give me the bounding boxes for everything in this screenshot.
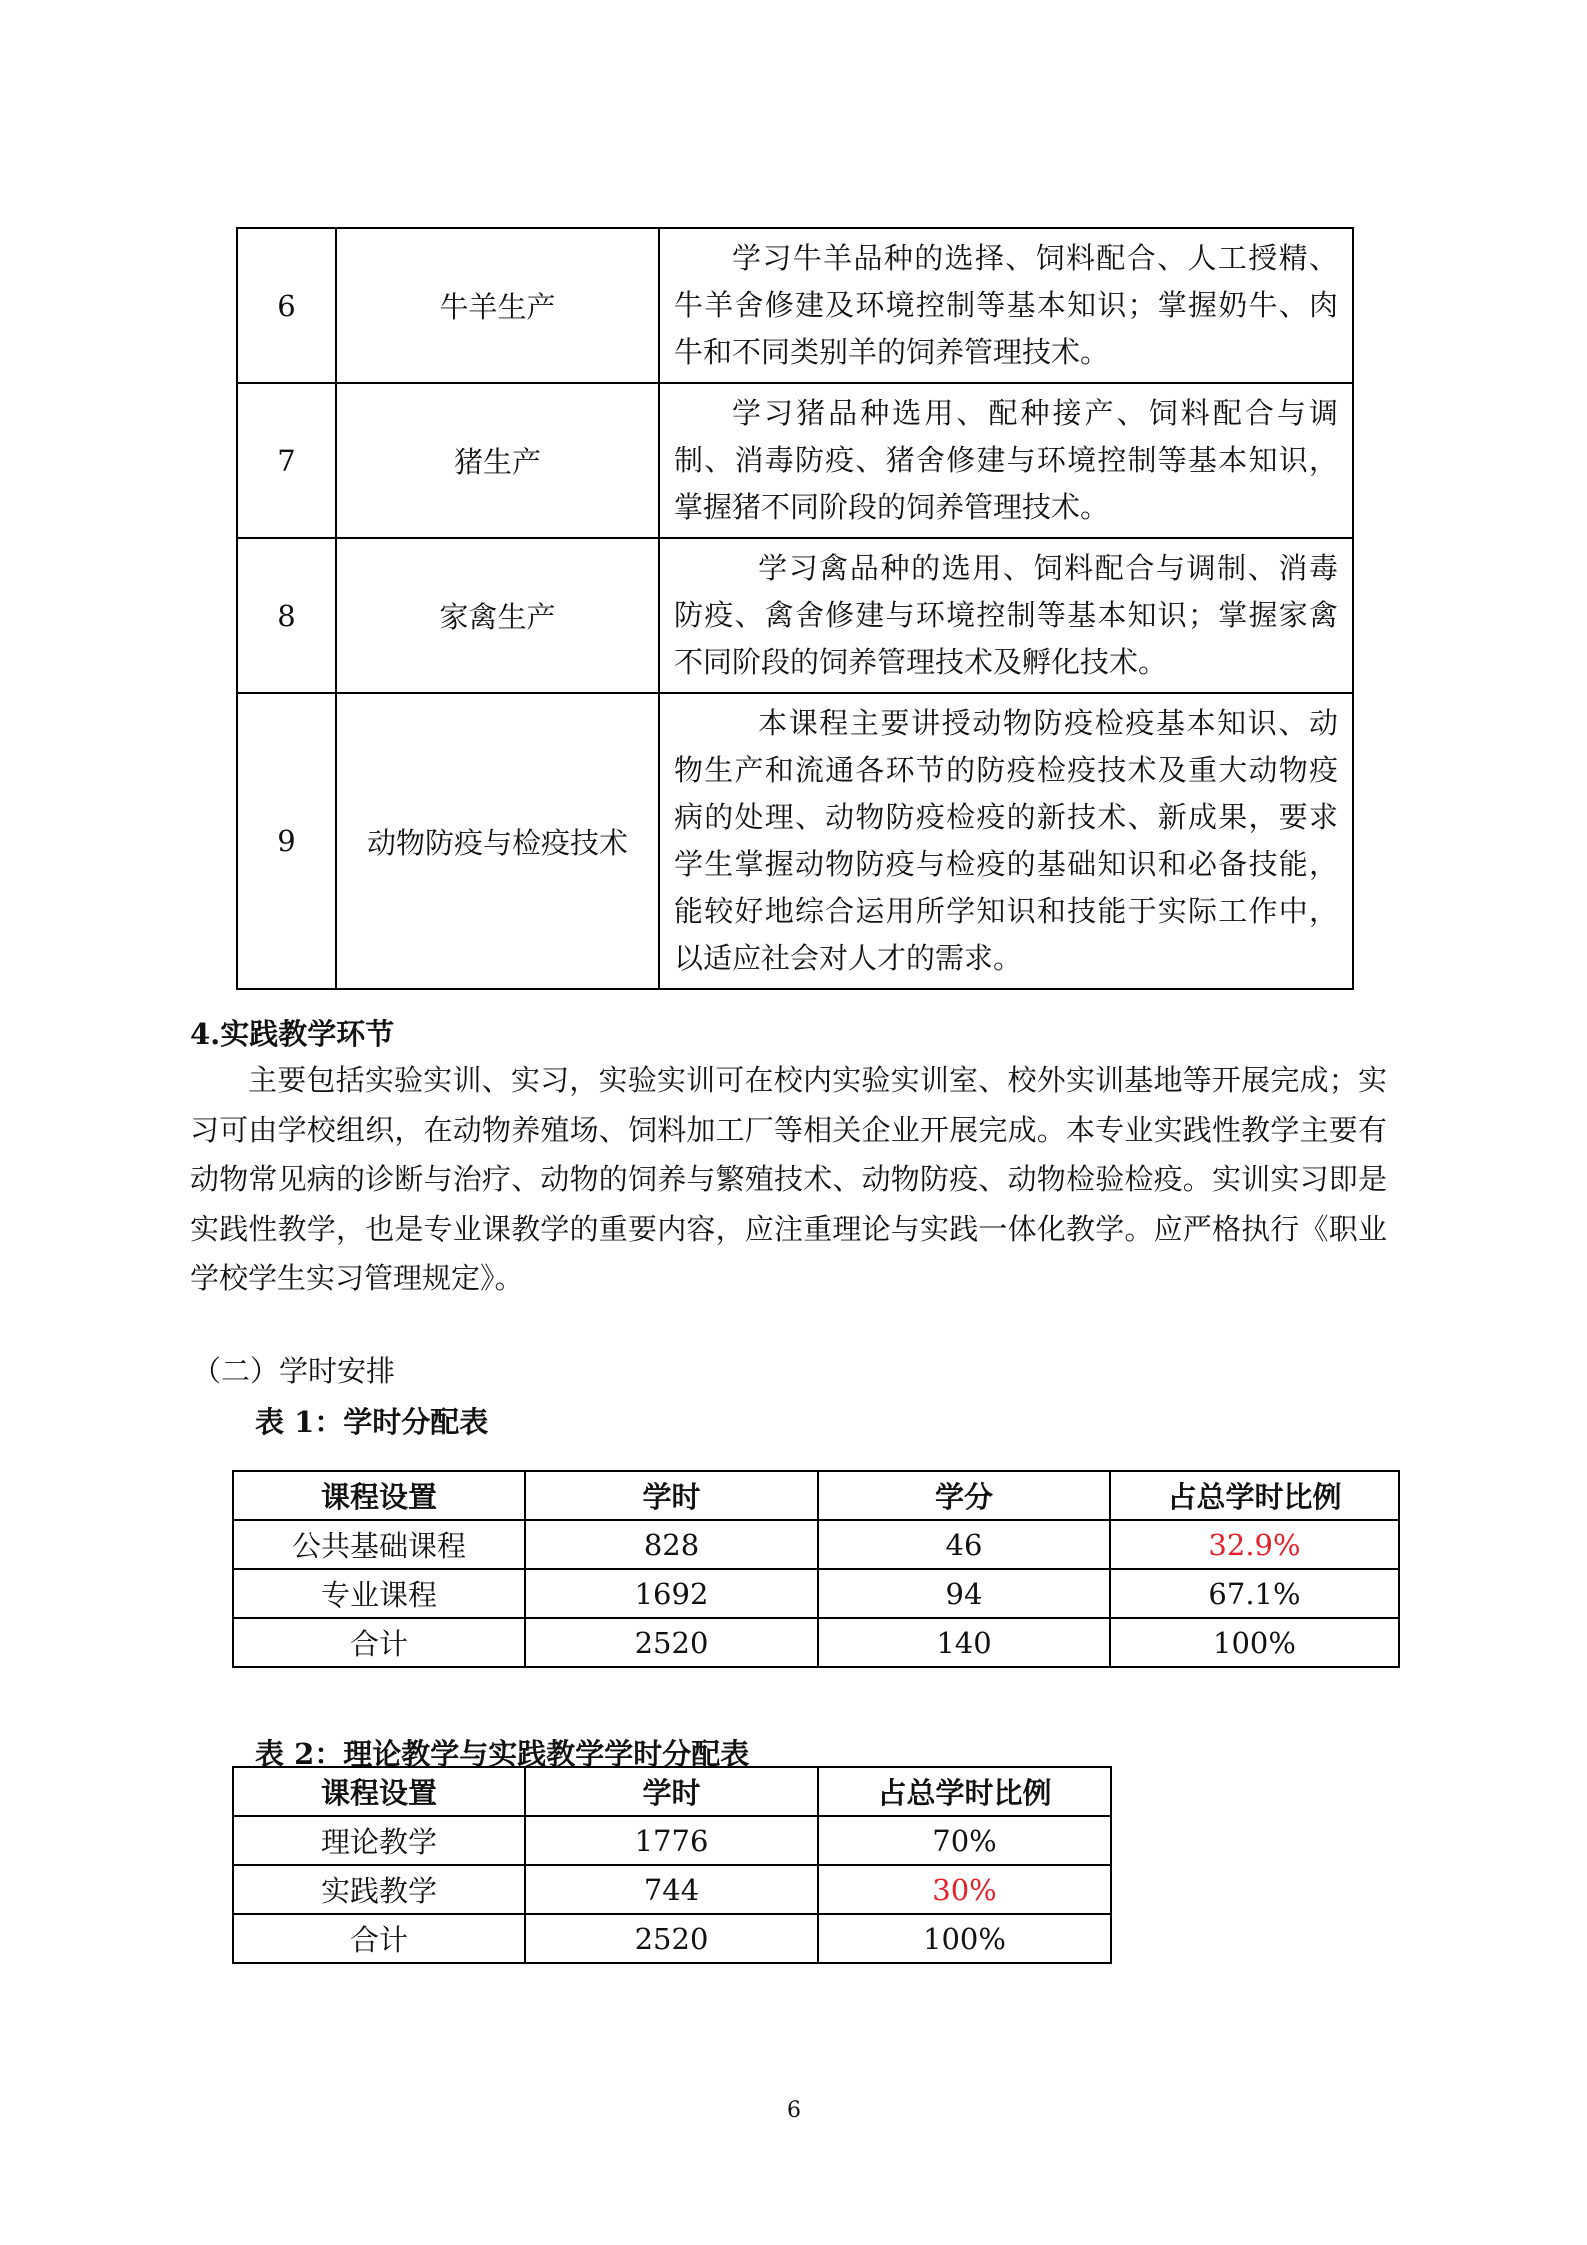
table-row: 9 动物防疫与检疫技术 本课程主要讲授动物防疫检疫基本知识、动物生产和流通各环节…	[237, 693, 1353, 989]
course-name: 牛羊生产	[336, 228, 659, 383]
table-row: 专业课程 1692 94 67.1%	[233, 1569, 1399, 1618]
cell: 合计	[233, 1914, 525, 1963]
cell: 94	[818, 1569, 1110, 1618]
table-row: 8 家禽生产 学习禽品种的选用、饲料配合与调制、消毒防疫、禽舍修建与环境控制等基…	[237, 538, 1353, 693]
table-row: 7 猪生产 学习猪品种选用、配种接产、饲料配合与调制、消毒防疫、猪舍修建与环境控…	[237, 383, 1353, 538]
header-cell: 占总学时比例	[1110, 1471, 1399, 1520]
table1-caption: 表 1：学时分配表	[255, 1400, 488, 1441]
cell: 公共基础课程	[233, 1520, 525, 1569]
table-row: 实践教学 744 30%	[233, 1865, 1111, 1914]
table-header-row: 课程设置 学时 学分 占总学时比例	[233, 1471, 1399, 1520]
highlighted-ratio-cell: 32.9%	[1110, 1520, 1399, 1569]
table-row: 公共基础课程 828 46 32.9%	[233, 1520, 1399, 1569]
table-row: 6 牛羊生产 学习牛羊品种的选择、饲料配合、人工授精、牛羊舍修建及环境控制等基本…	[237, 228, 1353, 383]
course-number: 9	[237, 693, 336, 989]
cell: 70%	[818, 1816, 1111, 1865]
header-cell: 学时	[525, 1471, 818, 1520]
cell: 828	[525, 1520, 818, 1569]
table-row: 合计 2520 100%	[233, 1914, 1111, 1963]
cell: 100%	[818, 1914, 1111, 1963]
cell: 46	[818, 1520, 1110, 1569]
header-cell: 占总学时比例	[818, 1767, 1111, 1816]
table-header-row: 课程设置 学时 占总学时比例	[233, 1767, 1111, 1816]
course-name: 动物防疫与检疫技术	[336, 693, 659, 989]
cell: 实践教学	[233, 1865, 525, 1914]
cell: 合计	[233, 1618, 525, 1667]
cell: 2520	[525, 1914, 818, 1963]
header-cell: 学分	[818, 1471, 1110, 1520]
course-number: 8	[237, 538, 336, 693]
highlighted-ratio-cell: 30%	[818, 1865, 1111, 1914]
cell: 140	[818, 1618, 1110, 1667]
cell: 专业课程	[233, 1569, 525, 1618]
course-description: 学习禽品种的选用、饲料配合与调制、消毒防疫、禽舍修建与环境控制等基本知识；掌握家…	[659, 538, 1353, 693]
page-number: 6	[787, 2098, 801, 2123]
table-row: 合计 2520 140 100%	[233, 1618, 1399, 1667]
course-name: 家禽生产	[336, 538, 659, 693]
header-cell: 课程设置	[233, 1471, 525, 1520]
course-description: 本课程主要讲授动物防疫检疫基本知识、动物生产和流通各环节的防疫检疫技术及重大动物…	[659, 693, 1353, 989]
header-cell: 学时	[525, 1767, 818, 1816]
cell: 67.1%	[1110, 1569, 1399, 1618]
course-name: 猪生产	[336, 383, 659, 538]
course-description: 学习猪品种选用、配种接产、饲料配合与调制、消毒防疫、猪舍修建与环境控制等基本知识…	[659, 383, 1353, 538]
section-heading-practice: 4.实践教学环节	[190, 1012, 394, 1053]
section-heading-hours: （二）学时安排	[192, 1349, 395, 1390]
hours-allocation-table: 课程设置 学时 学分 占总学时比例 公共基础课程 828 46 32.9% 专业…	[232, 1470, 1400, 1668]
cell: 1776	[525, 1816, 818, 1865]
header-cell: 课程设置	[233, 1767, 525, 1816]
table-row: 理论教学 1776 70%	[233, 1816, 1111, 1865]
cell: 理论教学	[233, 1816, 525, 1865]
cell: 2520	[525, 1618, 818, 1667]
theory-practice-table: 课程设置 学时 占总学时比例 理论教学 1776 70% 实践教学 744 30…	[232, 1766, 1112, 1964]
course-number: 6	[237, 228, 336, 383]
practice-paragraph: 主要包括实验实训、实习，实验实训可在校内实验实训室、校外实训基地等开展完成；实习…	[190, 1056, 1387, 1304]
cell: 744	[525, 1865, 818, 1914]
cell: 100%	[1110, 1618, 1399, 1667]
course-description: 学习牛羊品种的选择、饲料配合、人工授精、牛羊舍修建及环境控制等基本知识；掌握奶牛…	[659, 228, 1353, 383]
course-description-table: 6 牛羊生产 学习牛羊品种的选择、饲料配合、人工授精、牛羊舍修建及环境控制等基本…	[236, 227, 1354, 990]
cell: 1692	[525, 1569, 818, 1618]
course-number: 7	[237, 383, 336, 538]
